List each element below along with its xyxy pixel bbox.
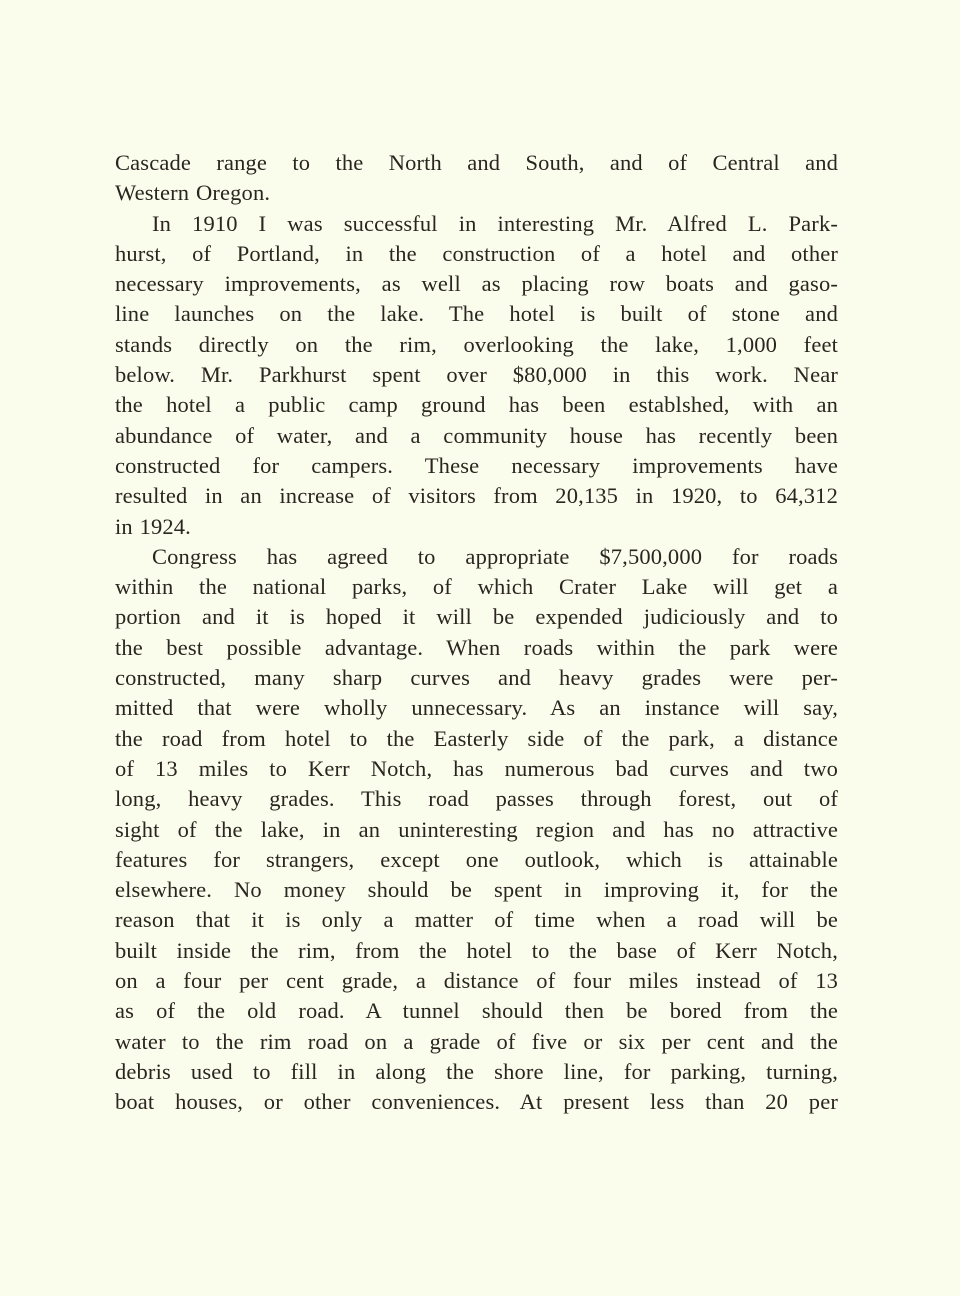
text-line: Congress has agreed to appropriate $7,50… <box>115 542 838 572</box>
text-line: the hotel a public camp ground has been … <box>115 390 838 420</box>
paragraph: Congress has agreed to appropriate $7,50… <box>115 542 838 1118</box>
text-line: constructed, many sharp curves and heavy… <box>115 663 838 693</box>
text-line: debris used to fill in along the shore l… <box>115 1057 838 1087</box>
text-line: water to the rim road on a grade of five… <box>115 1027 838 1057</box>
text-line: in 1924. <box>115 512 838 542</box>
body-text: Cascade range to the North and South, an… <box>115 148 838 1118</box>
paragraph: Cascade range to the North and South, an… <box>115 148 838 209</box>
text-line: the best possible advantage. When roads … <box>115 633 838 663</box>
text-line: sight of the lake, in an uninteresting r… <box>115 815 838 845</box>
text-line: the road from hotel to the Easterly side… <box>115 724 838 754</box>
text-line: as of the old road. A tunnel should then… <box>115 996 838 1026</box>
text-line: abundance of water, and a community hous… <box>115 421 838 451</box>
text-line: necessary improvements, as well as placi… <box>115 269 838 299</box>
text-line: features for strangers, except one outlo… <box>115 845 838 875</box>
text-line: line launches on the lake. The hotel is … <box>115 299 838 329</box>
text-line: long, heavy grades. This road passes thr… <box>115 784 838 814</box>
text-line: resulted in an increase of visitors from… <box>115 481 838 511</box>
text-line: elsewhere. No money should be spent in i… <box>115 875 838 905</box>
text-line: of 13 miles to Kerr Notch, has numerous … <box>115 754 838 784</box>
text-line: hurst, of Portland, in the construction … <box>115 239 838 269</box>
text-line: Cascade range to the North and South, an… <box>115 148 838 178</box>
text-line: within the national parks, of which Crat… <box>115 572 838 602</box>
text-line: stands directly on the rim, overlooking … <box>115 330 838 360</box>
book-page: Cascade range to the North and South, an… <box>0 0 960 1296</box>
text-line: In 1910 I was successful in interesting … <box>115 209 838 239</box>
text-line: built inside the rim, from the hotel to … <box>115 936 838 966</box>
text-line: below. Mr. Parkhurst spent over $80,000 … <box>115 360 838 390</box>
text-line: on a four per cent grade, a distance of … <box>115 966 838 996</box>
text-line: Western Oregon. <box>115 178 838 208</box>
text-line: reason that it is only a matter of time … <box>115 905 838 935</box>
text-line: constructed for campers. These necessary… <box>115 451 838 481</box>
text-line: boat houses, or other conveniences. At p… <box>115 1087 838 1117</box>
text-line: portion and it is hoped it will be expen… <box>115 602 838 632</box>
paragraph: In 1910 I was successful in interesting … <box>115 209 838 542</box>
text-line: mitted that were wholly unnecessary. As … <box>115 693 838 723</box>
